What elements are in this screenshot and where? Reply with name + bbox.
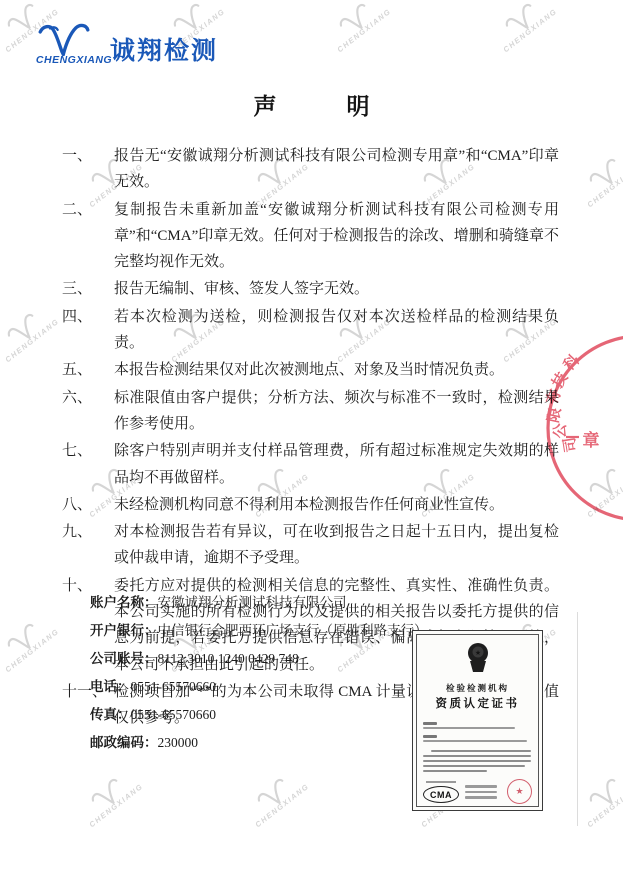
certificate-paragraph [423, 747, 532, 772]
statement-item: 九、对本检测报告若有异议，可在收到报告之日起十五日内，提出复检或仲裁申请，逾期不… [62, 519, 559, 572]
phone-row: 电话：0551-65570660 [90, 678, 430, 695]
statement-item: 一、报告无“安徽诚翔分析测试科技有限公司检测专用章”和“CMA”印章无效。 [62, 143, 559, 196]
page-title: 声明 [0, 88, 623, 121]
statement-item: 四、若本次检测为送检，则检测报告仅对本次送检样品的检测结果负责。 [62, 304, 559, 357]
chengxiang-watermark: CHENGXIANG [236, 761, 317, 833]
certificate-dates [465, 782, 507, 802]
logo-chinese-name: 诚翔检测 [110, 31, 218, 67]
account-info: 账户名称：安徽诚翔分析测试科技有限公司 开户银行：中信银行合肥西环广场支行（原胜… [90, 594, 430, 762]
certificate-address-field [423, 733, 532, 742]
statement-item: 二、复制报告未重新加盖“安徽诚翔分析测试科技有限公司检测专用章”和“CMA”印章… [62, 197, 559, 276]
chengxiang-watermark: CHENGXIANG [0, 606, 66, 678]
cma-mark: CMA [423, 781, 459, 804]
certificate-title-line2: 资质认定证书 [436, 695, 520, 711]
certificate-title-line1: 检验检测机构 [446, 682, 509, 694]
statement-item: 五、本报告检测结果仅对此次被测地点、对象及当时情况负责。 [62, 357, 559, 383]
chengxiang-watermark: CHENGXIANG [568, 761, 623, 833]
svg-text:★: ★ [474, 649, 480, 657]
account-number-row: 公司账号：8112 3010 1240 0429 748 [90, 650, 430, 667]
certificate-name-field [423, 720, 532, 729]
chengxiang-watermark: CHENGXIANG [484, 0, 565, 59]
document-page: CHENGXIANGCHENGXIANGCHENGXIANGCHENGXIANG… [0, 0, 623, 870]
statement-item: 三、报告无编制、审核、签发人签字无效。 [62, 276, 559, 302]
statement-item: 八、未经检测机构同意不得利用本检测报告作任何商业性宣传。 [62, 492, 559, 518]
svg-text:限: 限 [544, 406, 565, 424]
svg-text:科: 科 [559, 350, 584, 375]
fax-row: 传真：0551-65570660 [90, 706, 430, 723]
statement-item: 六、标准限值由客户提供；分析方法、频次与标准不一致时，检测结果作参考使用。 [62, 385, 559, 438]
bank-row: 开户银行：中信银行合肥西环广场支行（原胜利路支行） [90, 622, 430, 639]
certificate-red-seal-icon: ★ [507, 779, 532, 804]
national-emblem-icon: ★ [463, 642, 493, 679]
svg-text:司: 司 [560, 436, 580, 454]
chengxiang-watermark: CHENGXIANG [70, 761, 151, 833]
statement-item: 七、除客户特别声明并支付样品管理费，所有超过标准规定失效期的样品均不再做留样。 [62, 438, 559, 491]
svg-text:章: 章 [583, 430, 600, 451]
postcode-row: 邮政编码：230000 [90, 734, 430, 751]
logo-wordmark: CHENGXIANG [30, 54, 118, 66]
company-red-stamp: 科 技 有 限 公 司 章 [500, 330, 623, 540]
certificate-footer: CMA ★ [423, 779, 532, 804]
page-crease-line [577, 612, 578, 826]
qualification-certificate: ★ 检验检测机构 资质认定证书 CMA [412, 630, 543, 811]
chengxiang-watermark: CHENGXIANG [318, 0, 399, 59]
chengxiang-watermark: CHENGXIANG [568, 141, 623, 213]
chengxiang-watermark: CHENGXIANG [0, 296, 66, 368]
account-name-row: 账户名称：安徽诚翔分析测试科技有限公司 [90, 594, 430, 611]
cma-logo-icon: CMA [423, 786, 459, 803]
